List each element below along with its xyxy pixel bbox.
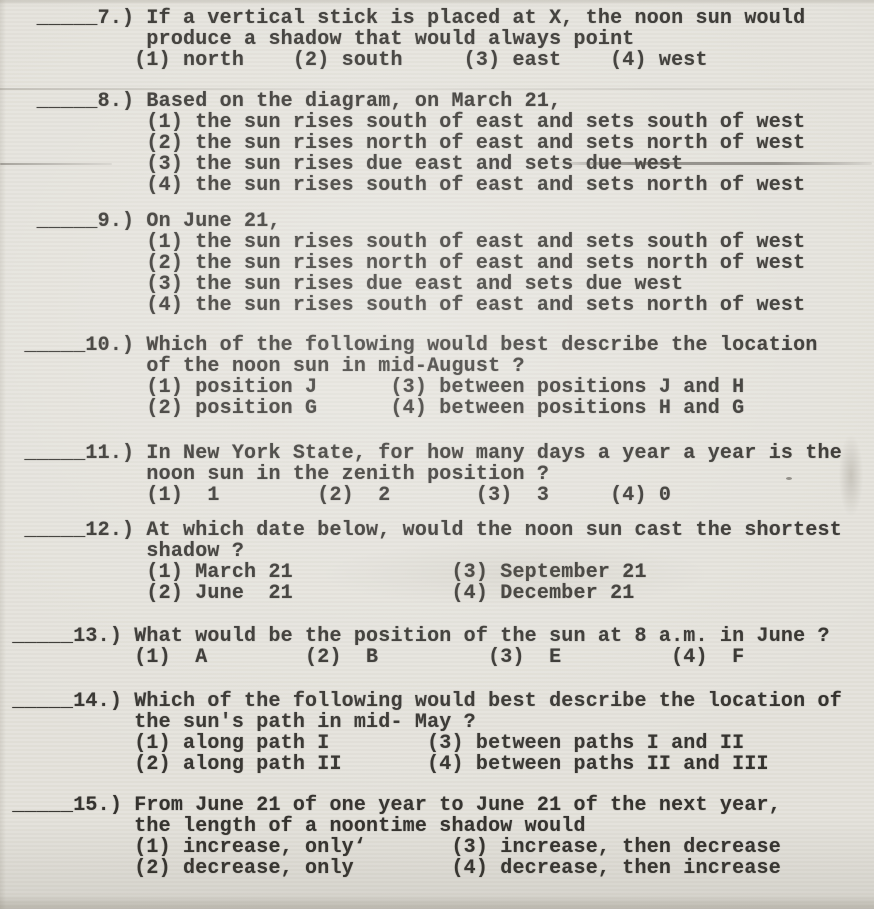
question-8-line-4: (3) the sun rises due east and sets due …	[0, 154, 805, 175]
question-15-line-1: _____15.) From June 21 of one year to Ju…	[0, 795, 781, 816]
question-10: _____10.) Which of the following would b…	[0, 335, 818, 419]
question-9-line-5: (4) the sun rises south of east and sets…	[0, 295, 805, 316]
question-7-line-3: (1) north (2) south (3) east (4) west	[0, 50, 805, 71]
question-14: _____14.) Which of the following would b…	[0, 691, 842, 775]
scan-shade-bottom	[0, 895, 874, 909]
question-8: _____8.) Based on the diagram, on March …	[0, 91, 805, 196]
scan-shade-top	[0, 0, 874, 5]
question-12: _____12.) At which date below, would the…	[0, 520, 842, 604]
question-8-line-1: _____8.) Based on the diagram, on March …	[0, 91, 805, 112]
scanned-worksheet-page: _____7.) If a vertical stick is placed a…	[0, 0, 874, 909]
question-15-line-3: (1) increase, only‘ (3) increase, then d…	[0, 837, 781, 858]
question-7-line-1: _____7.) If a vertical stick is placed a…	[0, 8, 805, 29]
question-8-line-5: (4) the sun rises south of east and sets…	[0, 175, 805, 196]
question-10-line-3: (1) position J (3) between positions J a…	[0, 377, 818, 398]
question-13: _____13.) What would be the position of …	[0, 626, 830, 668]
question-9-line-1: _____9.) On June 21,	[0, 211, 805, 232]
question-8-line-2: (1) the sun rises south of east and sets…	[0, 112, 805, 133]
question-14-line-3: (1) along path I (3) between paths I and…	[0, 733, 842, 754]
question-11-line-2: noon sun in the zenith position ?	[0, 464, 842, 485]
question-9-line-4: (3) the sun rises due east and sets due …	[0, 274, 805, 295]
question-7-line-2: produce a shadow that would always point	[0, 29, 805, 50]
question-15-line-2: the length of a noontime shadow would	[0, 816, 781, 837]
question-8-line-3: (2) the sun rises north of east and sets…	[0, 133, 805, 154]
question-7: _____7.) If a vertical stick is placed a…	[0, 8, 805, 71]
question-12-line-4: (2) June 21 (4) December 21	[0, 583, 842, 604]
question-14-line-2: the sun's path in mid- May ?	[0, 712, 842, 733]
question-12-line-1: _____12.) At which date below, would the…	[0, 520, 842, 541]
question-9-line-2: (1) the sun rises south of east and sets…	[0, 232, 805, 253]
question-15: _____15.) From June 21 of one year to Ju…	[0, 795, 781, 879]
question-10-line-2: of the noon sun in mid-August ?	[0, 356, 818, 377]
question-11-line-3: (1) 1 (2) 2 (3) 3 (4) 0	[0, 485, 842, 506]
question-10-line-1: _____10.) Which of the following would b…	[0, 335, 818, 356]
question-12-line-3: (1) March 21 (3) September 21	[0, 562, 842, 583]
question-13-line-1: _____13.) What would be the position of …	[0, 626, 830, 647]
question-14-line-4: (2) along path II (4) between paths II a…	[0, 754, 842, 775]
question-9-line-3: (2) the sun rises north of east and sets…	[0, 253, 805, 274]
question-11: _____11.) In New York State, for how man…	[0, 443, 842, 506]
question-9: _____9.) On June 21, (1) the sun rises s…	[0, 211, 805, 316]
question-13-line-2: (1) A (2) B (3) E (4) F	[0, 647, 830, 668]
question-10-line-4: (2) position G (4) between positions H a…	[0, 398, 818, 419]
question-12-line-2: shadow ?	[0, 541, 842, 562]
question-15-line-4: (2) decrease, only (4) decrease, then in…	[0, 858, 781, 879]
question-11-line-1: _____11.) In New York State, for how man…	[0, 443, 842, 464]
question-14-line-1: _____14.) Which of the following would b…	[0, 691, 842, 712]
